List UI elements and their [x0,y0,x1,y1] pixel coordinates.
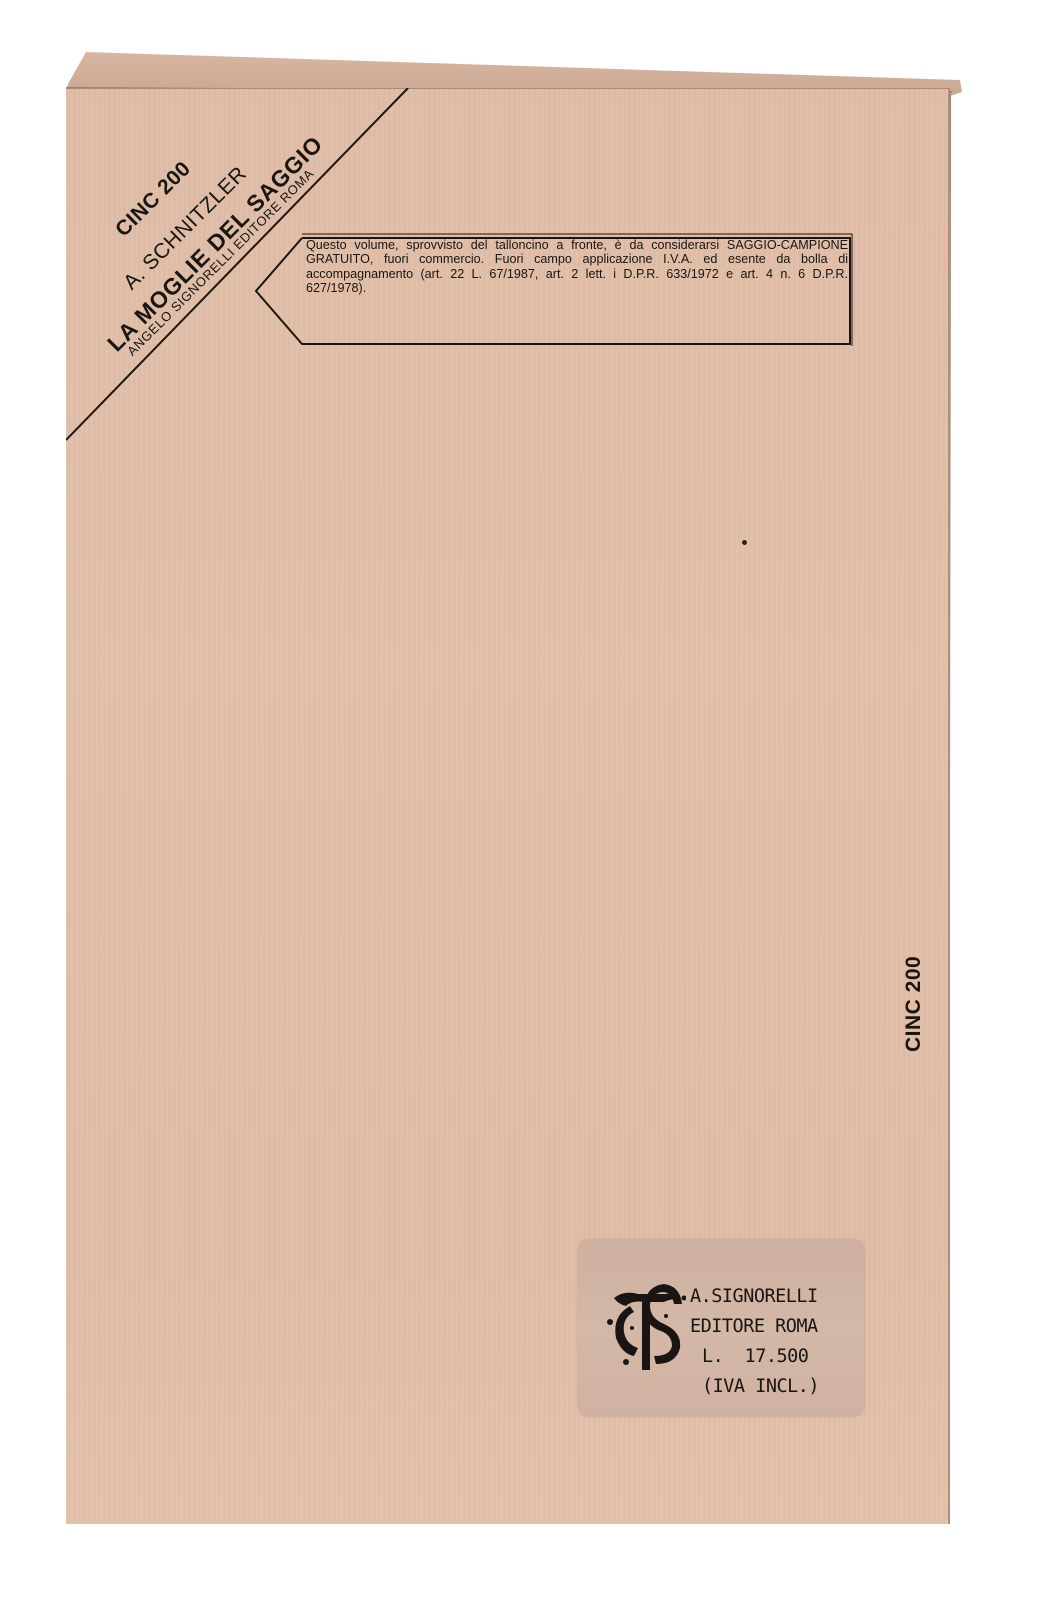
label-price: L. 17.500 [690,1342,819,1372]
cover-panel: CINC 200 A. SCHNITZLER LA MOGLIE DEL SAG… [66,88,950,1524]
speck [742,540,747,545]
signorelli-monogram-icon [604,1276,686,1376]
label-publisher: A.SIGNORELLI [690,1282,819,1312]
price-sticker: A.SIGNORELLI EDITORE ROMA L. 17.500 (IVA… [578,1240,864,1416]
series-code-vertical: CINC 200 [902,956,926,1052]
book-back-cover: CINC 200 A. SCHNITZLER LA MOGLIE DEL SAG… [0,0,1051,1600]
sample-copy-notice: Questo volume, sprovvisto del talloncino… [306,238,848,296]
label-location: EDITORE ROMA [690,1312,819,1342]
label-tax-note: (IVA INCL.) [690,1372,819,1402]
